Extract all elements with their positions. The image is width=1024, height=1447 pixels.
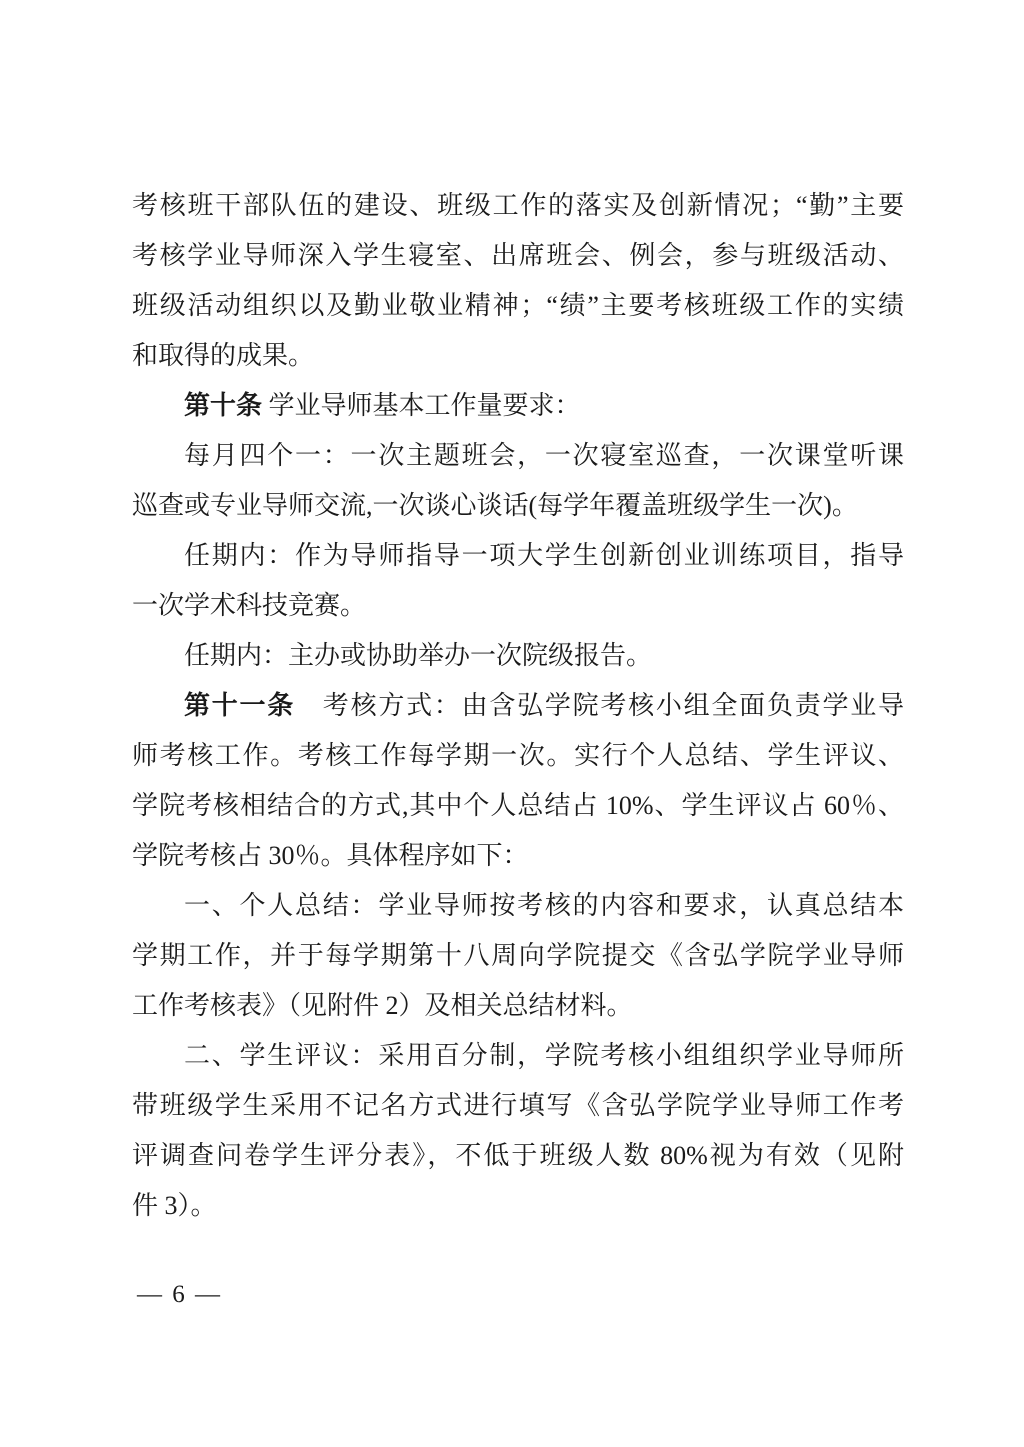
document-body: 考核班干部队伍的建设、班级工作的落实及创新情况；“勤”主要考核学业导师深入学生寝… xyxy=(132,181,904,1231)
text-run: 学院考核占 30％。具体程序如下： xyxy=(132,841,529,870)
text-run: 师考核工作。考核工作每学期一次。实行个人总结、学生评议、 xyxy=(132,741,904,770)
text-run: 考核班干部队伍的建设、班级工作的落实及创新情况；“勤”主要 xyxy=(132,191,904,220)
text-run: 任期内：作为导师指导一项大学生创新创业训练项目，指导 xyxy=(184,541,904,570)
text-run: 一次学术科技竞赛。 xyxy=(132,591,366,620)
text-line: 第十一条 考核方式：由含弘学院考核小组全面负责学业导 xyxy=(132,681,904,731)
text-run: 二、学生评议：采用百分制，学院考核小组组织学业导师所 xyxy=(184,1041,904,1070)
text-run: 学业导师基本工作量要求： xyxy=(262,391,581,420)
text-line: 学院考核相结合的方式,其中个人总结占 10%、学生评议占 60％、 xyxy=(132,781,904,831)
text-line: 第十条 学业导师基本工作量要求： xyxy=(132,381,904,431)
text-line: 巡查或专业导师交流,一次谈心谈话(每学年覆盖班级学生一次)。 xyxy=(132,481,904,531)
text-run: 每月四个一：一次主题班会，一次寝室巡查，一次课堂听课 xyxy=(184,441,904,470)
text-run: 工作考核表》（见附件 2）及相关总结材料。 xyxy=(132,991,633,1020)
text-run: 考核方式：由含弘学院考核小组全面负责学业导 xyxy=(295,691,904,720)
text-line: 师考核工作。考核工作每学期一次。实行个人总结、学生评议、 xyxy=(132,731,904,781)
text-line: 带班级学生采用不记名方式进行填写《含弘学院学业导师工作考 xyxy=(132,1081,904,1131)
text-line: 考核学业导师深入学生寝室、出席班会、例会，参与班级活动、 xyxy=(132,231,904,281)
text-line: 班级活动组织以及勤业敬业精神；“绩”主要考核班级工作的实绩 xyxy=(132,281,904,331)
text-run: 评调查问卷学生评分表》，不低于班级人数 80%视为有效（见附 xyxy=(132,1141,904,1170)
text-line: 评调查问卷学生评分表》，不低于班级人数 80%视为有效（见附 xyxy=(132,1131,904,1181)
text-run: 考核学业导师深入学生寝室、出席班会、例会，参与班级活动、 xyxy=(132,241,904,270)
text-line: 任期内：作为导师指导一项大学生创新创业训练项目，指导 xyxy=(132,531,904,581)
text-run: 巡查或专业导师交流,一次谈心谈话(每学年覆盖班级学生一次)。 xyxy=(132,491,858,520)
text-run: 学期工作，并于每学期第十八周向学院提交《含弘学院学业导师 xyxy=(132,941,904,970)
text-line: 一次学术科技竞赛。 xyxy=(132,581,904,631)
text-line: 学院考核占 30％。具体程序如下： xyxy=(132,831,904,881)
text-line: 一、个人总结：学业导师按考核的内容和要求，认真总结本 xyxy=(132,881,904,931)
text-line: 工作考核表》（见附件 2）及相关总结材料。 xyxy=(132,981,904,1031)
clause-number: 第十一条 xyxy=(184,691,295,720)
text-run: 任期内：主办或协助举办一次院级报告。 xyxy=(184,641,652,670)
text-line: 考核班干部队伍的建设、班级工作的落实及创新情况；“勤”主要 xyxy=(132,181,904,231)
text-line: 任期内：主办或协助举办一次院级报告。 xyxy=(132,631,904,681)
text-line: 学期工作，并于每学期第十八周向学院提交《含弘学院学业导师 xyxy=(132,931,904,981)
text-run: 带班级学生采用不记名方式进行填写《含弘学院学业导师工作考 xyxy=(132,1091,904,1120)
text-line: 件 3）。 xyxy=(132,1181,904,1231)
text-run: 和取得的成果。 xyxy=(132,341,314,370)
text-run: 学院考核相结合的方式,其中个人总结占 10%、学生评议占 60％、 xyxy=(132,791,904,820)
text-line: 和取得的成果。 xyxy=(132,331,904,381)
text-run: 一、个人总结：学业导师按考核的内容和要求，认真总结本 xyxy=(184,891,904,920)
text-line: 每月四个一：一次主题班会，一次寝室巡查，一次课堂听课 xyxy=(132,431,904,481)
page-number: — 6 — xyxy=(137,1280,222,1310)
clause-number: 第十条 xyxy=(184,391,262,420)
text-line: 二、学生评议：采用百分制，学院考核小组组织学业导师所 xyxy=(132,1031,904,1081)
text-run: 件 3）。 xyxy=(132,1191,217,1220)
text-run: 班级活动组织以及勤业敬业精神；“绩”主要考核班级工作的实绩 xyxy=(132,291,904,320)
